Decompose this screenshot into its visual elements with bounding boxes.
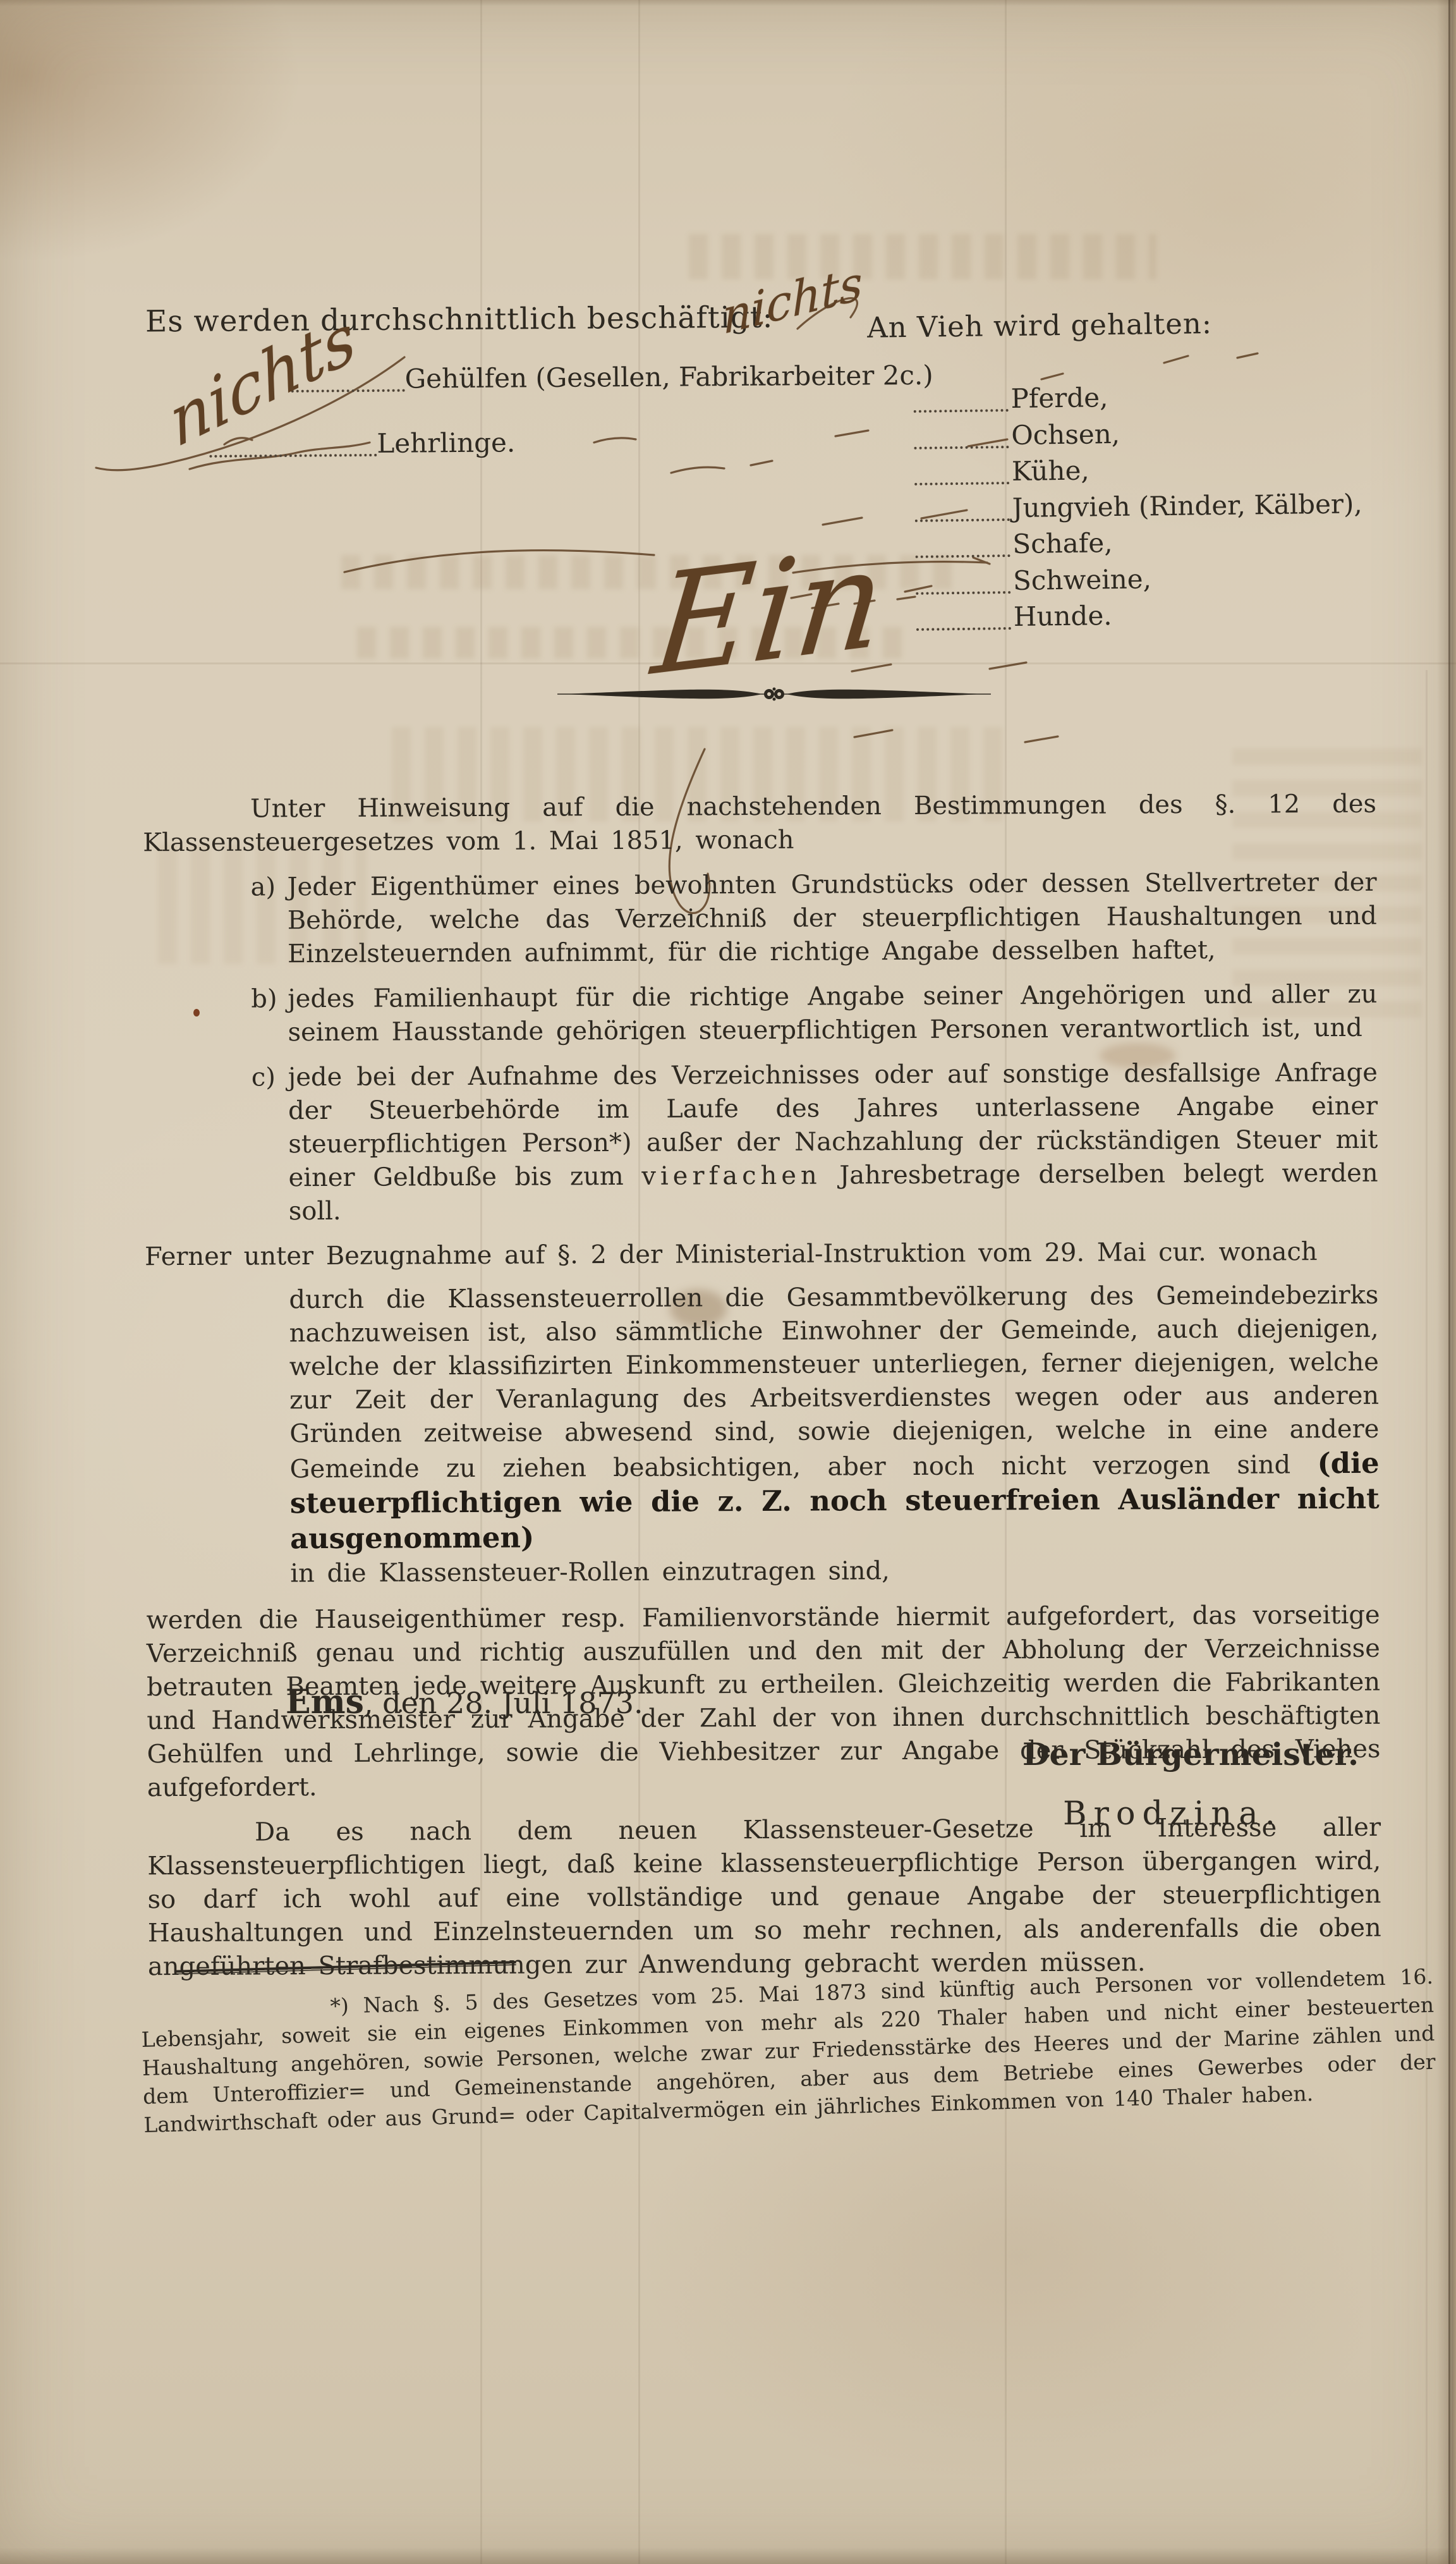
list-item: Pferde,	[913, 379, 1361, 420]
ferner-line: Ferner unter Bezugnahme auf §. 2 der Min…	[145, 1235, 1378, 1274]
livestock-heading: An Vieh wird gehalten:	[867, 305, 1361, 345]
clause-b: b) jedes Familienhaupt für die richtige …	[143, 978, 1377, 1051]
list-item: Ochsen,	[914, 415, 1362, 457]
list-item: Jungvieh (Rinder, Kälber),	[914, 488, 1362, 530]
apprentices-label: Lehrlinge.	[377, 427, 515, 459]
signature-name: Brodzina.	[1063, 1795, 1282, 1833]
fill-in-line	[915, 518, 1010, 522]
employment-section: Es werden durchschnittlich beschäftigt: …	[145, 300, 773, 339]
list-item: Hunde.	[916, 597, 1364, 638]
employment-row-apprentices: Lehrlinge.	[209, 427, 515, 460]
paper-crease	[1426, 670, 1428, 2564]
employment-heading: Es werden durchschnittlich beschäftigt:	[145, 300, 773, 339]
fill-in-line	[914, 482, 1009, 485]
clause-c-marker: c)	[252, 1061, 276, 1094]
handwritten-entry-top-right: nichts	[722, 255, 863, 345]
footnote-section: *) Nach §. 5 des Gesetzes vom 25. Mai 18…	[140, 1936, 1436, 2139]
fill-in-line	[916, 554, 1010, 558]
livestock-section: An Vieh wird gehalten: Pferde, Ochsen, K…	[867, 305, 1364, 639]
page-edge-shadow	[1437, 0, 1456, 2564]
handwritten-entry-center: Ein	[646, 516, 892, 707]
list-item: Schweine,	[916, 561, 1364, 602]
clause-b-text: jedes Familienhaupt für die richtige Ang…	[288, 980, 1377, 1047]
fill-in-line	[914, 446, 1009, 449]
indented-block: durch die Klassensteuerrollen die Gesamm…	[145, 1279, 1380, 1558]
fill-in-line	[916, 591, 1010, 595]
footnote-text: *) Nach §. 5 des Gesetzes vom 25. Mai 18…	[140, 1962, 1436, 2139]
livestock-list: Pferde, Ochsen, Kühe, Jungvieh (Rinder, …	[913, 379, 1364, 638]
page-edge-shadow	[0, 2548, 1456, 2564]
clause-a: a) Jeder Eigenthümer eines bewohnten Gru…	[143, 866, 1377, 972]
place-date-line: Ems, den 28. Juli 1873.	[286, 1683, 643, 1721]
date-text: , den 28. Juli 1873.	[364, 1686, 643, 1720]
employment-row-assistants: Gehülfen (Gesellen, Fabrikarbeiter 2c.)	[291, 360, 933, 395]
list-item: Schafe,	[915, 524, 1363, 566]
list-item: Kühe,	[914, 451, 1362, 493]
scanned-document-page: Es werden durchschnittlich beschäftigt: …	[0, 0, 1456, 2564]
fill-in-line	[914, 409, 1009, 413]
place-name: Ems	[286, 1683, 364, 1721]
block-text: durch die Klassensteuerrollen die Gesamm…	[289, 1281, 1379, 1484]
clause-b-marker: b)	[251, 982, 277, 1016]
signature-title: Der Bürgermeister.	[1022, 1736, 1359, 1773]
intro-paragraph: Unter Hinweisung auf die nachstehenden B…	[143, 788, 1376, 860]
clause-c: c) jede bei der Aufnahme des Verzeichnis…	[144, 1056, 1378, 1230]
bleedthrough-ghost	[689, 234, 1156, 279]
page-edge-line	[1448, 0, 1450, 2564]
clause-c-emphasis: vierfachen	[641, 1161, 822, 1191]
page-edge-shadow	[0, 0, 1456, 6]
clause-a-marker: a)	[250, 870, 276, 904]
fill-in-line	[916, 627, 1011, 631]
block-closing-line: in die Klassensteuer-Rollen einzutragen …	[146, 1553, 1380, 1592]
clause-a-text: Jeder Eigenthümer eines bewohnten Grunds…	[287, 868, 1376, 969]
fill-in-line	[209, 454, 377, 458]
assistants-label: Gehülfen (Gesellen, Fabrikarbeiter 2c.)	[404, 360, 933, 394]
